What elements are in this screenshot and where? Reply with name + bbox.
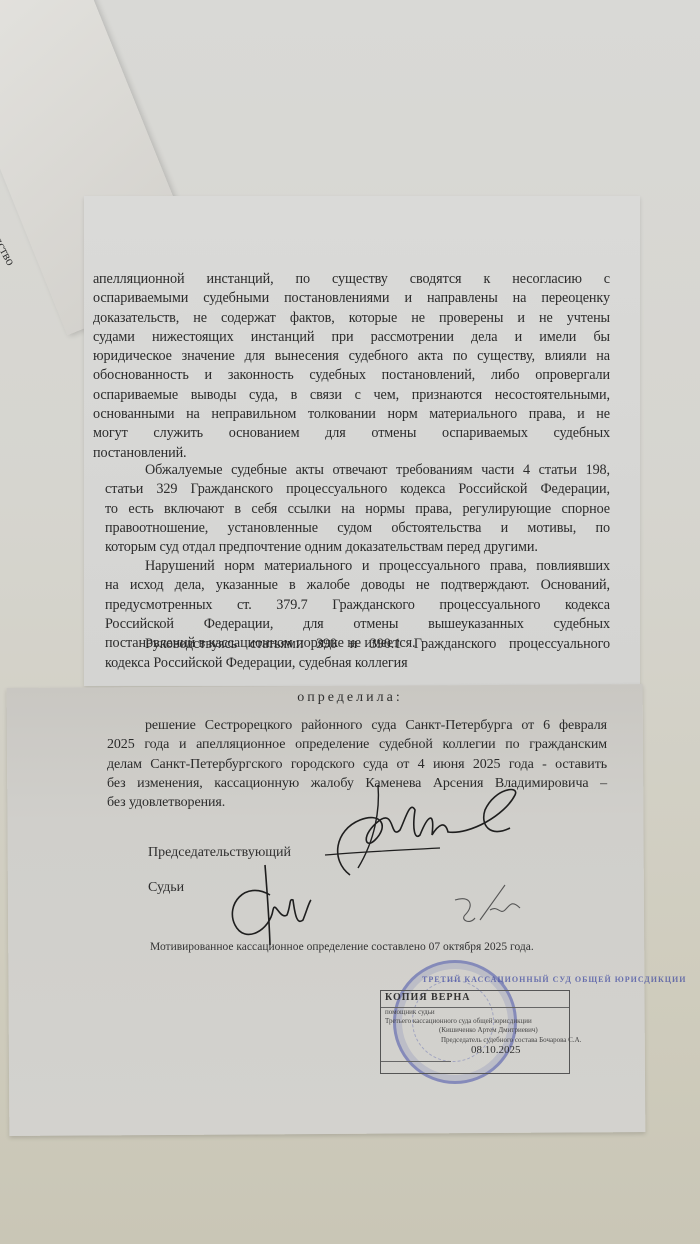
paragraph-reasoning: апелляционной инстанций, по существу сво…	[93, 270, 610, 463]
judges-label: Судьи	[148, 880, 184, 896]
text-line: судами нижестоящих инстанций при рассмот…	[93, 328, 610, 347]
text-line: Руководствуясь статьями 390 и 390.1 Граж…	[105, 635, 610, 654]
text-line: оспариваемые выводы суда, в связи с чем,…	[93, 386, 610, 405]
presiding-signature	[320, 780, 530, 890]
text-line: доказательств, не содержат фактов, котор…	[93, 309, 610, 328]
text-line: оспариваемыми судебными постановлениями …	[93, 289, 610, 308]
text-line: Обжалуемые судебные акты отвечают требов…	[105, 461, 610, 480]
text-line: основанными на неправильном толковании н…	[93, 405, 610, 424]
text-line: которым суд отдал предпочтение одним док…	[105, 538, 610, 557]
paragraph-guided-by: Руководствуясь статьями 390 и 390.1 Граж…	[105, 635, 610, 674]
certification-line: помощник судьи	[385, 1008, 435, 1016]
judge-signature-1	[225, 860, 325, 950]
text-line: на исход дела, указанные в жалобе доводы…	[105, 576, 610, 595]
paragraph-requirements: Обжалуемые судебные акты отвечают требов…	[105, 461, 610, 557]
certification-date: 08.10.2025	[471, 1044, 521, 1056]
text-line: юридическое значение для вынесения судеб…	[93, 347, 610, 366]
text-line: Нарушений норм материального и процессуа…	[105, 557, 610, 576]
judge-signature-2	[450, 880, 530, 940]
court-seal-text: ТРЕТИЙ КАССАЦИОННЫЙ СУД ОБЩЕЙ ЮРИСДИКЦИИ	[422, 975, 686, 984]
presiding-judge-label: Председательствующий	[148, 845, 291, 861]
text-line: кодекса Российской Федерации, судебная к…	[105, 654, 610, 673]
text-line: 2025 года и апелляционное определение су…	[107, 735, 607, 754]
footer-note: Мотивированное кассационное определение …	[150, 941, 534, 953]
text-line: могут служить основанием для отмены оспа…	[93, 424, 610, 443]
certification-rule	[381, 1007, 569, 1008]
certification-title: КОПИЯ ВЕРНА	[385, 992, 471, 1003]
text-line: Российской Федерации, для отмены вышеука…	[105, 615, 610, 634]
certification-line: (Кишиченко Артем Дмитриевич)	[439, 1026, 538, 1034]
text-line: статьи 329 Гражданского процессуального …	[105, 480, 610, 499]
text-line: обоснованность и законность судебных пос…	[93, 366, 610, 385]
text-line: решение Сестрорецкого районного суда Сан…	[107, 716, 607, 735]
text-line: правоотношение, установленные судом обст…	[105, 519, 610, 538]
ruling-heading: определила:	[0, 690, 700, 706]
certification-line: Третьего кассационного суда общей юрисди…	[385, 1017, 532, 1025]
text-line: то есть включают в себя ссылки на нормы …	[105, 500, 610, 519]
text-line: апелляционной инстанций, по существу сво…	[93, 270, 610, 289]
certification-line: Председатель судебного состава Бочарова …	[441, 1036, 581, 1044]
certification-rule	[381, 1061, 451, 1062]
text-line: делам Санкт-Петербургского городского су…	[107, 755, 607, 774]
certification-stamp: КОПИЯ ВЕРНА помощник судьи Третьего касс…	[380, 990, 570, 1074]
text-line: предусмотренных ст. 379.7 Гражданского п…	[105, 596, 610, 615]
